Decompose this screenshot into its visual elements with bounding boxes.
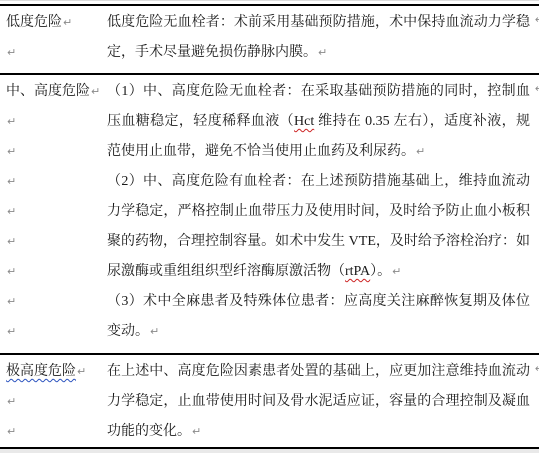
empty-line: ↵ (6, 107, 107, 137)
spellcheck-underline: Hct (294, 114, 314, 129)
pilcrow-mark-icon: ↵ (7, 325, 16, 338)
pilcrow-mark-icon: ↵ (7, 205, 16, 218)
spellcheck-underline: rtPA (345, 264, 370, 279)
page-top-edge (0, 0, 539, 1)
pilcrow-mark-icon: ↵ (192, 425, 201, 438)
empty-line: ↵ (6, 167, 107, 197)
document-page: { "marks": { "pilcrow": "↵", "row_end": … (0, 0, 539, 457)
risk-management-table: 低度危险↵ ↵ 低度危险无血栓者：术前采用基础预防措施，术中保持血流动力学稳定，… (0, 4, 539, 449)
pilcrow-mark-icon: ↵ (7, 235, 16, 248)
paragraph-text: （1）中、高度危险无血栓者：在采取基础预防措施的同时，控制血压血糖稳定，轻度稀释… (107, 84, 530, 159)
page-bottom-shadow (0, 449, 539, 453)
empty-line: ↵ (6, 227, 107, 257)
paragraph-text: （2）中、高度危险有血栓者：在上述预防措施基础上，维持血流动力学稳定，严格控制止… (107, 174, 530, 279)
content-cell: 低度危险无血栓者：术前采用基础预防措施，术中保持血流动力学稳定，手术尽量避免损伤… (107, 6, 539, 73)
row-label: 中、高度危险 (6, 84, 90, 99)
row-label: 极高度危险 (6, 364, 76, 379)
empty-line: ↵ (6, 417, 107, 447)
paragraph: 低度危险无血栓者：术前采用基础预防措施，术中保持血流动力学稳定，手术尽量避免损伤… (107, 8, 530, 68)
content-cell: 在上述中、高度危险因素患者处置的基础上，应更加注意维持血流动力学稳定，止血带使用… (107, 355, 539, 447)
end-of-row-mark-icon: ↵ (535, 363, 539, 374)
pilcrow-mark-icon: ↵ (7, 115, 16, 128)
table-row-extreme-risk: 极高度危险↵ ↵ ↵ 在上述中、高度危险因素患者处置的基础上，应更加注意维持血流… (0, 355, 539, 449)
paragraph-text: （3）术中全麻患者及特殊体位患者：应高度关注麻醉恢复期及体位变动。 (107, 294, 530, 339)
label-line: 极高度危险↵ (6, 357, 107, 387)
label-line: 中、高度危险↵ (6, 77, 107, 107)
end-of-row-mark-icon: ↵ (535, 83, 539, 94)
table-row-low-risk: 低度危险↵ ↵ 低度危险无血栓者：术前采用基础预防措施，术中保持血流动力学稳定，… (0, 6, 539, 75)
paragraph: （2）中、高度危险有血栓者：在上述预防措施基础上，维持血流动力学稳定，严格控制止… (107, 167, 530, 287)
grammar-underline: 极高度危险 (6, 364, 76, 379)
label-cell: 极高度危险↵ ↵ ↵ (0, 355, 107, 447)
pilcrow-mark-icon: ↵ (7, 295, 16, 308)
empty-line: ↵ (6, 197, 107, 227)
pilcrow-mark-icon: ↵ (150, 325, 159, 338)
pilcrow-mark-icon: ↵ (392, 265, 401, 278)
pilcrow-mark-icon: ↵ (7, 265, 16, 278)
paragraph-text: 在上述中、高度危险因素患者处置的基础上，应更加注意维持血流动力学稳定，止血带使用… (107, 364, 530, 439)
pilcrow-mark-icon: ↵ (7, 145, 16, 158)
label-cell: 低度危险↵ ↵ (0, 6, 107, 73)
pilcrow-mark-icon: ↵ (7, 395, 16, 408)
pilcrow-mark-icon: ↵ (91, 85, 100, 98)
empty-line: ↵ (6, 287, 107, 317)
pilcrow-mark-icon: ↵ (416, 145, 425, 158)
empty-line: ↵ (6, 38, 107, 68)
content-cell: （1）中、高度危险无血栓者：在采取基础预防措施的同时，控制血压血糖稳定，轻度稀释… (107, 75, 539, 353)
paragraph: （3）术中全麻患者及特殊体位患者：应高度关注麻醉恢复期及体位变动。↵ (107, 287, 530, 347)
pilcrow-mark-icon: ↵ (318, 46, 327, 59)
label-cell: 中、高度危险↵ ↵ ↵ ↵ ↵ ↵ ↵ ↵ ↵ (0, 75, 107, 353)
table-row-medium-high-risk: 中、高度危险↵ ↵ ↵ ↵ ↵ ↵ ↵ ↵ ↵ （1）中、高度危险无血栓者：在采… (0, 75, 539, 355)
pilcrow-mark-icon: ↵ (77, 365, 86, 378)
paragraph: 在上述中、高度危险因素患者处置的基础上，应更加注意维持血流动力学稳定，止血带使用… (107, 357, 530, 447)
empty-line: ↵ (6, 317, 107, 347)
empty-line: ↵ (6, 387, 107, 417)
pilcrow-mark-icon: ↵ (7, 175, 16, 188)
pilcrow-mark-icon: ↵ (7, 46, 16, 59)
end-of-row-mark-icon: ↵ (535, 14, 539, 25)
pilcrow-mark-icon: ↵ (7, 425, 16, 438)
label-line: 低度危险↵ (6, 8, 107, 38)
row-label: 低度危险 (6, 15, 62, 30)
pilcrow-mark-icon: ↵ (63, 16, 72, 29)
empty-line: ↵ (6, 137, 107, 167)
empty-line: ↵ (6, 257, 107, 287)
paragraph: （1）中、高度危险无血栓者：在采取基础预防措施的同时，控制血压血糖稳定，轻度稀释… (107, 77, 530, 167)
